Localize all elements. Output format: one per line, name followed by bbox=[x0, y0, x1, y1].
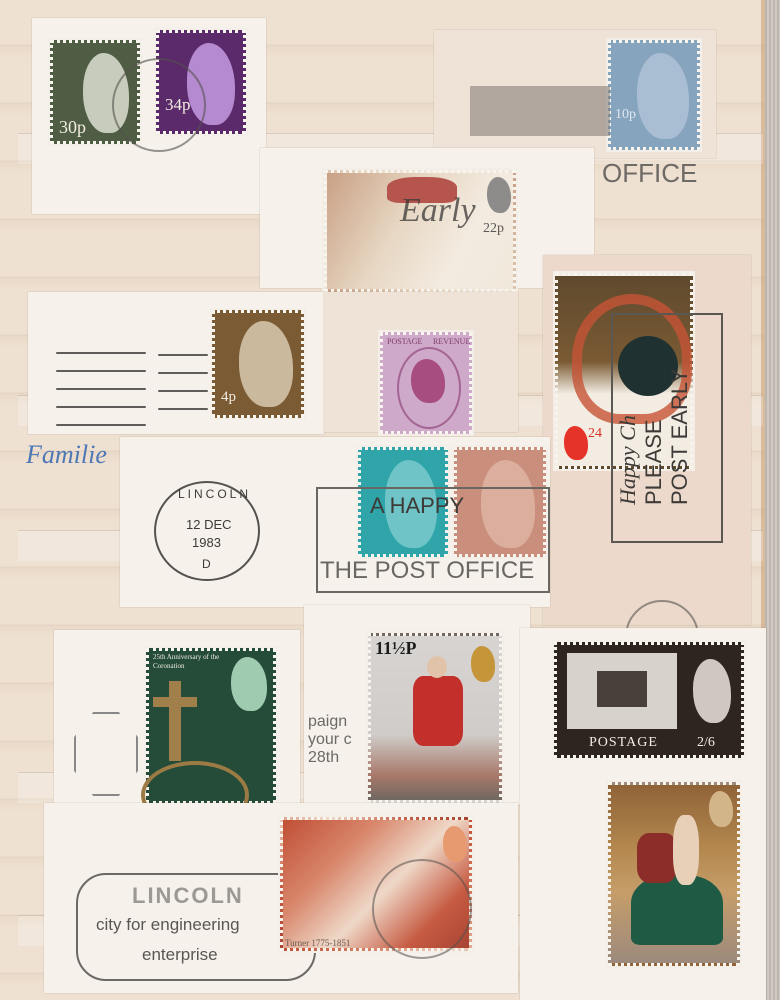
stamp-wilding[interactable]: POSTAGE REVENUE bbox=[380, 332, 472, 434]
queen-head-icon bbox=[411, 359, 445, 403]
wavy-cancel-line bbox=[56, 388, 146, 390]
paper-piece: 10p OFFICE bbox=[434, 30, 716, 158]
queen-head-icon bbox=[239, 321, 293, 407]
queen-silhouette-icon bbox=[487, 177, 511, 213]
queen-silhouette-icon bbox=[709, 791, 733, 827]
wavy-cancel-line bbox=[56, 370, 146, 372]
wavy-cancel-line bbox=[56, 406, 146, 408]
queen-head-icon bbox=[693, 659, 731, 723]
paper-piece: POSTAGE 2/6 bbox=[520, 628, 766, 1000]
stamp-castle[interactable]: POSTAGE 2/6 bbox=[554, 642, 744, 758]
circular-postmark bbox=[372, 859, 472, 959]
cross-icon bbox=[169, 681, 181, 761]
wavy-cancel-line bbox=[56, 424, 146, 426]
wavy-cancel-line bbox=[158, 354, 208, 356]
paper-piece: 4p bbox=[28, 292, 324, 434]
figure-head bbox=[427, 656, 447, 678]
queen-silhouette-icon bbox=[443, 826, 467, 862]
child-figure bbox=[673, 815, 699, 885]
stamp-town-crier[interactable]: 11½P bbox=[368, 633, 502, 803]
queen-head-icon bbox=[637, 53, 689, 139]
castle-icon bbox=[597, 671, 647, 707]
castle-vignette bbox=[567, 653, 677, 729]
paper-piece: 25th Anniversary of the Coronation bbox=[54, 630, 300, 806]
cross-bar bbox=[153, 697, 197, 707]
stamp-christmas-22p[interactable]: 22p bbox=[324, 170, 516, 292]
slogan-cancel-smudge bbox=[470, 86, 610, 136]
stamp-coronation[interactable]: 25th Anniversary of the Coronation bbox=[146, 648, 276, 804]
album-spine bbox=[765, 0, 780, 1000]
red-coat-figure bbox=[413, 676, 463, 746]
stamp-machin-10p[interactable]: 10p bbox=[608, 40, 700, 150]
queen-silhouette-icon bbox=[564, 426, 588, 460]
octagonal-postmark bbox=[74, 712, 138, 796]
paper-piece: 24 Happy Ch PLEASE POST EARLY bbox=[543, 255, 751, 625]
red-robe-shape bbox=[637, 833, 677, 883]
paper-piece: POSTAGE REVENUE bbox=[324, 292, 518, 432]
paper-piece: 30p 34p bbox=[32, 18, 266, 214]
wavy-cancel-line bbox=[158, 372, 208, 374]
queen-silhouette-icon bbox=[471, 646, 495, 682]
paper-piece: 11½P paign your c 28th bbox=[304, 605, 530, 805]
green-robe-shape bbox=[631, 875, 723, 945]
paper-piece: LINCOLN 12 DEC 1983 D A HAPPY THE POST O… bbox=[120, 437, 550, 607]
wavy-cancel-line bbox=[56, 352, 146, 354]
stamp-machin-4p[interactable]: 4p bbox=[212, 310, 304, 418]
stamp-madonna[interactable] bbox=[608, 782, 740, 966]
wavy-cancel-line bbox=[158, 408, 208, 410]
paper-piece: LINCOLN city for engineering enterprise … bbox=[44, 803, 518, 993]
wavy-cancel-line bbox=[158, 390, 208, 392]
slogan-please-post-early: Happy Ch PLEASE POST EARLY bbox=[615, 285, 693, 505]
handwriting: Familie bbox=[26, 440, 107, 470]
queen-head-icon bbox=[231, 657, 267, 711]
circular-postmark bbox=[112, 58, 206, 152]
lincoln-cds-postmark: LINCOLN 12 DEC 1983 D bbox=[154, 481, 260, 581]
